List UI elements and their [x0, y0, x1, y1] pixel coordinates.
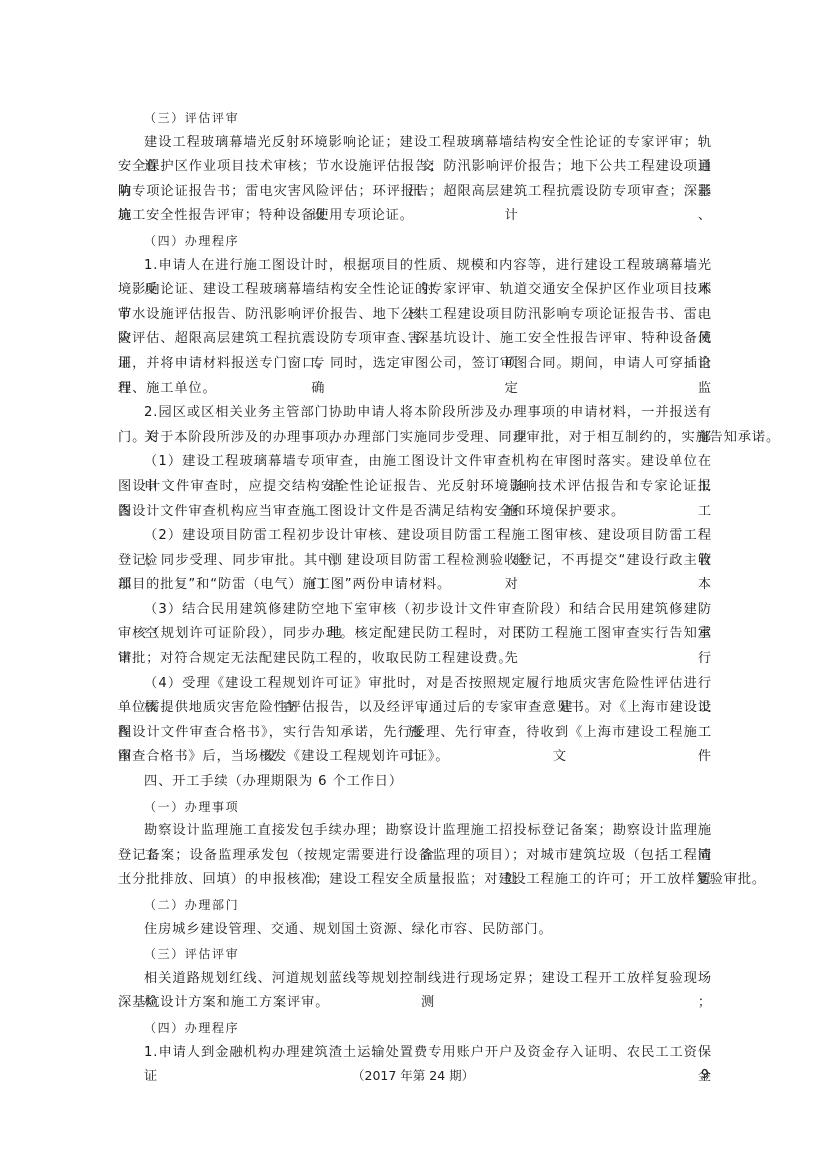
text-line: 登记备案；设备监理承发包（按规定需要进行设备监理的项目）；对城市建筑垃圾（包括工… — [118, 844, 712, 869]
text-line: 图设计文件审查机构应当审查施工图设计文件是否满足结构安全和环境保护要求。 — [118, 500, 712, 525]
section-subheading: （三）评估评审 — [118, 942, 712, 967]
document-body: （三）评估评审建设工程玻璃幕墙光反射环境影响论证；建设工程玻璃幕墙结构安全性论证… — [118, 106, 712, 1065]
text-line: 安全保护区作业项目技术审核；节水设施评估报告；防汛影响评价报告；地下公共工程建设… — [118, 155, 712, 180]
text-line: 险评估、超限高层建筑工程抗震设防专项审查、深基坑设计、施工安全性报告评审、特种设… — [118, 327, 712, 352]
section-subheading: （一）办理事项 — [118, 795, 712, 820]
section-subheading: （四）办理程序 — [118, 229, 712, 254]
text-line: （4）受理《建设工程规划许可证》审批时，对是否按照规定履行地质灾害危险性评估进行… — [118, 672, 712, 697]
text-line: （分批排放、回填）的申报核准；建设工程安全质量报监；对建设工程施工的许可；开工放… — [118, 868, 712, 893]
section-heading: 四、开工手续（办理期限为 6 个工作日） — [118, 770, 712, 795]
text-line: 1.申请人到金融机构办理建筑渣土运输处置费专用账户开户及资金存入证明、农民工工资… — [118, 1041, 712, 1066]
page-footer: （2017 年第 24 期） 9 — [0, 1066, 827, 1090]
text-line: 门。对于本阶段所涉及的办理事项，办理部门实施同步受理、同步审批，对于相互制约的，… — [118, 426, 712, 451]
text-line: 境影响论证、建设工程玻璃幕墙结构安全性论证的专家评审、轨道交通安全保护区作业项目… — [118, 278, 712, 303]
text-line: （1）建设工程玻璃幕墙专项审查，由施工图设计文件审查机构在审图时落实。建设单位在… — [118, 450, 712, 475]
text-line: 登记，同步受理、同步审批。其中，建设项目防雷工程检测验收登记，不再提交“建设行政… — [118, 549, 712, 574]
section-subheading: （二）办理部门 — [118, 893, 712, 918]
text-line: 住房城乡建设管理、交通、规划国土资源、绿化市容、民防部门。 — [118, 918, 712, 943]
text-line: 勘察设计监理施工直接发包手续办理；勘察设计监理施工招投标登记备案；勘察设计监理施… — [118, 819, 712, 844]
text-line: 证，并将申请材料报送专门窗口。同时，选定审图公司，签订审图合同。期间，申请人可穿… — [118, 352, 712, 377]
text-line: 建设工程玻璃幕墙光反射环境影响论证；建设工程玻璃幕墙结构安全性论证的专家评审；轨… — [118, 131, 712, 156]
text-line: （3）结合民用建筑修建防空地下室审核（初步设计文件审查阶段）和结合民用建筑修建防… — [118, 598, 712, 623]
text-line: 节水设施评估报告、防汛影响评价报告、地下公共工程建设项目防汛影响专项论证报告书、… — [118, 303, 712, 328]
section-subheading: （三）评估评审 — [118, 106, 712, 131]
text-line: 图设计文件审查合格书》，实行告知承诺，先行受理、先行审查，待收到《上海市建设工程… — [118, 721, 712, 746]
text-line: 图设计文件审查时，应提交结构安全性论证报告、光反射环境影响技术评估报告和专家论证… — [118, 475, 712, 500]
text-line: 审核（规划许可证阶段），同步办理。核定配建民防工程时，对民防工程施工图审查实行告… — [118, 622, 712, 647]
text-line: 响专项论证报告书；雷电灾害风险评估；环评报告；超限高层建筑工程抗震设防专项审查；… — [118, 180, 712, 205]
text-line: （2）建设项目防雷工程初步设计审核、建设项目防雷工程施工图审核、建设项目防雷工程… — [118, 524, 712, 549]
text-line: 相关道路规划红线、河道规划蓝线等规划控制线进行现场定界；建设工程开工放样复验现场… — [118, 967, 712, 992]
text-line: 1.申请人在进行施工图设计时，根据项目的性质、规模和内容等，进行建设工程玻璃幕墙… — [118, 254, 712, 279]
text-line: 单位需提供地质灾害危险性评估报告，以及经评审通过后的专家审查意见书。对《上海市建… — [118, 696, 712, 721]
page-number: 9 — [701, 1066, 709, 1081]
section-subheading: （四）办理程序 — [118, 1016, 712, 1041]
text-line: 2.园区或区相关业务主管部门协助申请人将本阶段所涉及办理事项的申请材料，一并报送… — [118, 401, 712, 426]
issue-label: （2017 年第 24 期） — [352, 1066, 474, 1084]
